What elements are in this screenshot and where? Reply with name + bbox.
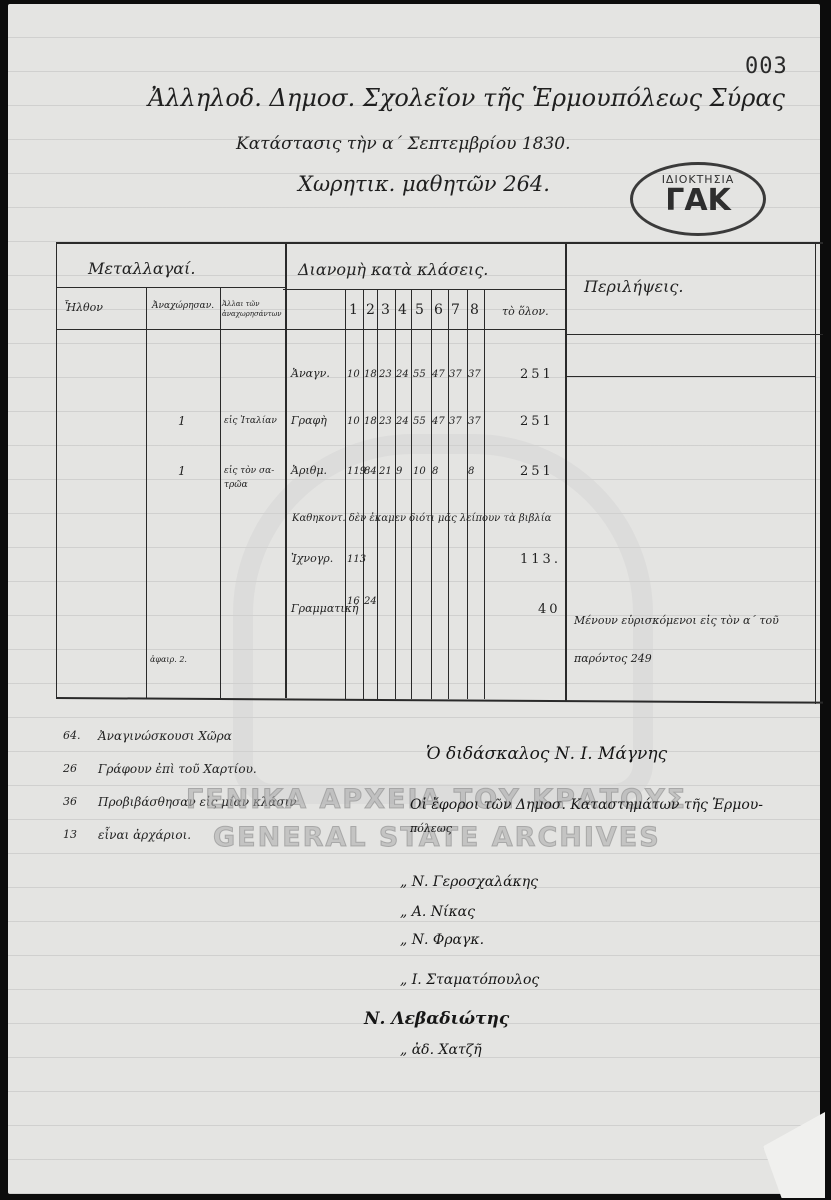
header-total: τὸ ὅλον. [502,305,549,318]
ownership-stamp: ΙΔΙΟΚΤΗΣΙΑ ΓΑΚ [630,162,766,236]
row-class-value: 37 [468,369,481,380]
row-class-value: 84 [364,466,377,477]
signatory-name: „ Ν. Γεροσχαλάκης [400,874,538,890]
committee-line-2: πόλεως [410,822,452,835]
header-entered: Ἦλθον [64,301,103,314]
row-class-value: 47 [432,416,445,427]
committee-line-1: Οἱ ἔφοροι τῶν Δημοσ. Καταστημάτων τῆς Ἑρ… [410,797,763,813]
header-title: Ἀλληλοδ. Δημοσ. Σχολεῖον τῆς Ἑρμουπόλεως… [148,84,785,112]
folded-corner [763,1112,825,1198]
class-header: 8 [470,302,479,318]
row-note: εἰς τὸν σα- τρῶα [224,464,286,492]
row-class-value: 18 [364,369,377,380]
summary-count: 36 [63,795,77,808]
signatory-name: „ Ι. Σταματόπουλος [400,972,539,988]
footer-note: ἀφαιρ. 2. [150,655,187,664]
row-total: 251 [520,367,554,382]
row-class-value: 23 [379,416,392,427]
signatory-name: Ν. Λεβαδιώτης [364,1009,509,1029]
row-total: 40 [538,602,561,617]
row-class-value: 10 [347,369,360,380]
row-class-value: 21 [379,466,392,477]
folio-number: 003 [745,54,788,79]
class-header: 6 [434,302,443,318]
row-class-value: 10 [347,416,360,427]
row-class-value: 8 [432,466,438,477]
row-withdrew: 1 [178,464,186,478]
row-class-value: 23 [379,369,392,380]
row-class-value: 55 [413,369,426,380]
row-subject: Ἰχνογρ. [291,552,333,565]
class-header: 3 [381,302,390,318]
row-total: 113. [520,552,561,567]
class-header: 4 [398,302,407,318]
signatory-name: „ Α. Νίκας [400,904,475,920]
row-class-value: 37 [449,369,462,380]
row-class-value: 8 [468,466,474,477]
header-withdrew: Ἀναχώρησαν. [152,301,214,311]
row-subject: Γραφὴ [291,414,327,427]
header-distribution: Διανομὴ κατὰ κλάσεις. [298,260,488,279]
row-class-value: 16 [347,596,360,607]
row-class-value: 24 [396,369,409,380]
header-remarks: Περιλήψεις. [584,277,683,296]
summary-text: Ἀναγινώσκουσι Χῶρα [98,729,232,743]
row-subject: Ἀναγν. [291,367,330,380]
row-class-value: 10 [413,466,426,477]
row-class-value: 37 [468,416,481,427]
header-students-withdrawn: Ἀλλαι τῶν ἀναχωρησάντων [222,299,284,319]
row-class-value: 24 [396,416,409,427]
row-class-value: 18 [364,416,377,427]
summary-text: εἶναι ἀρχάριοι. [98,828,191,842]
row-remark: Μένουν εὑρισκόμενοι εἰς τὸν α΄ τοῦ παρόν… [574,602,809,678]
row-class-value: 37 [449,416,462,427]
signatory-name: „ ἀδ. Χατζῆ [400,1042,482,1058]
header-capacity: Χωρητικ. μαθητῶν 264. [298,172,550,196]
row-total: 251 [520,414,554,429]
row-withdrew: 1 [178,414,186,428]
document-page: 003 Ἀλληλοδ. Δημοσ. Σχολεῖον τῆς Ἑρμουπό… [8,4,820,1194]
teacher-signature: Ὁ διδάσκαλος Ν. Ι. Μάγνης [426,744,667,764]
row-subject: Ἀριθμ. [291,464,327,477]
row-class-value: 113 [347,554,366,565]
header-changes: Μεταλλαγαί. [88,259,195,278]
class-header: 2 [366,302,375,318]
summary-text: Γράφουν ἐπὶ τοῦ Χαρτίου. [98,762,257,776]
row-class-value: 9 [396,466,402,477]
summary-count: 64. [63,729,81,742]
row-class-value: 47 [432,369,445,380]
row-subject: Καθηκοντ. δὲν ἐκαμεν διότι μᾶς λείπουν τ… [292,509,562,529]
class-header: 1 [349,302,358,318]
header-date: Κατάστασις τὴν α΄ Σεπτεμβρίου 1830. [236,134,570,154]
stamp-main-text: ΓΑΚ [633,186,763,216]
class-header: 7 [451,302,460,318]
row-class-value: 24 [364,596,377,607]
row-note: εἰς Ἰταλίαν [224,414,286,428]
summary-count: 26 [63,762,77,775]
row-class-value: 55 [413,416,426,427]
class-header: 5 [415,302,424,318]
signatory-name: „ Ν. Φραγκ. [400,932,484,948]
summary-count: 13 [63,828,77,841]
row-total: 251 [520,464,554,479]
